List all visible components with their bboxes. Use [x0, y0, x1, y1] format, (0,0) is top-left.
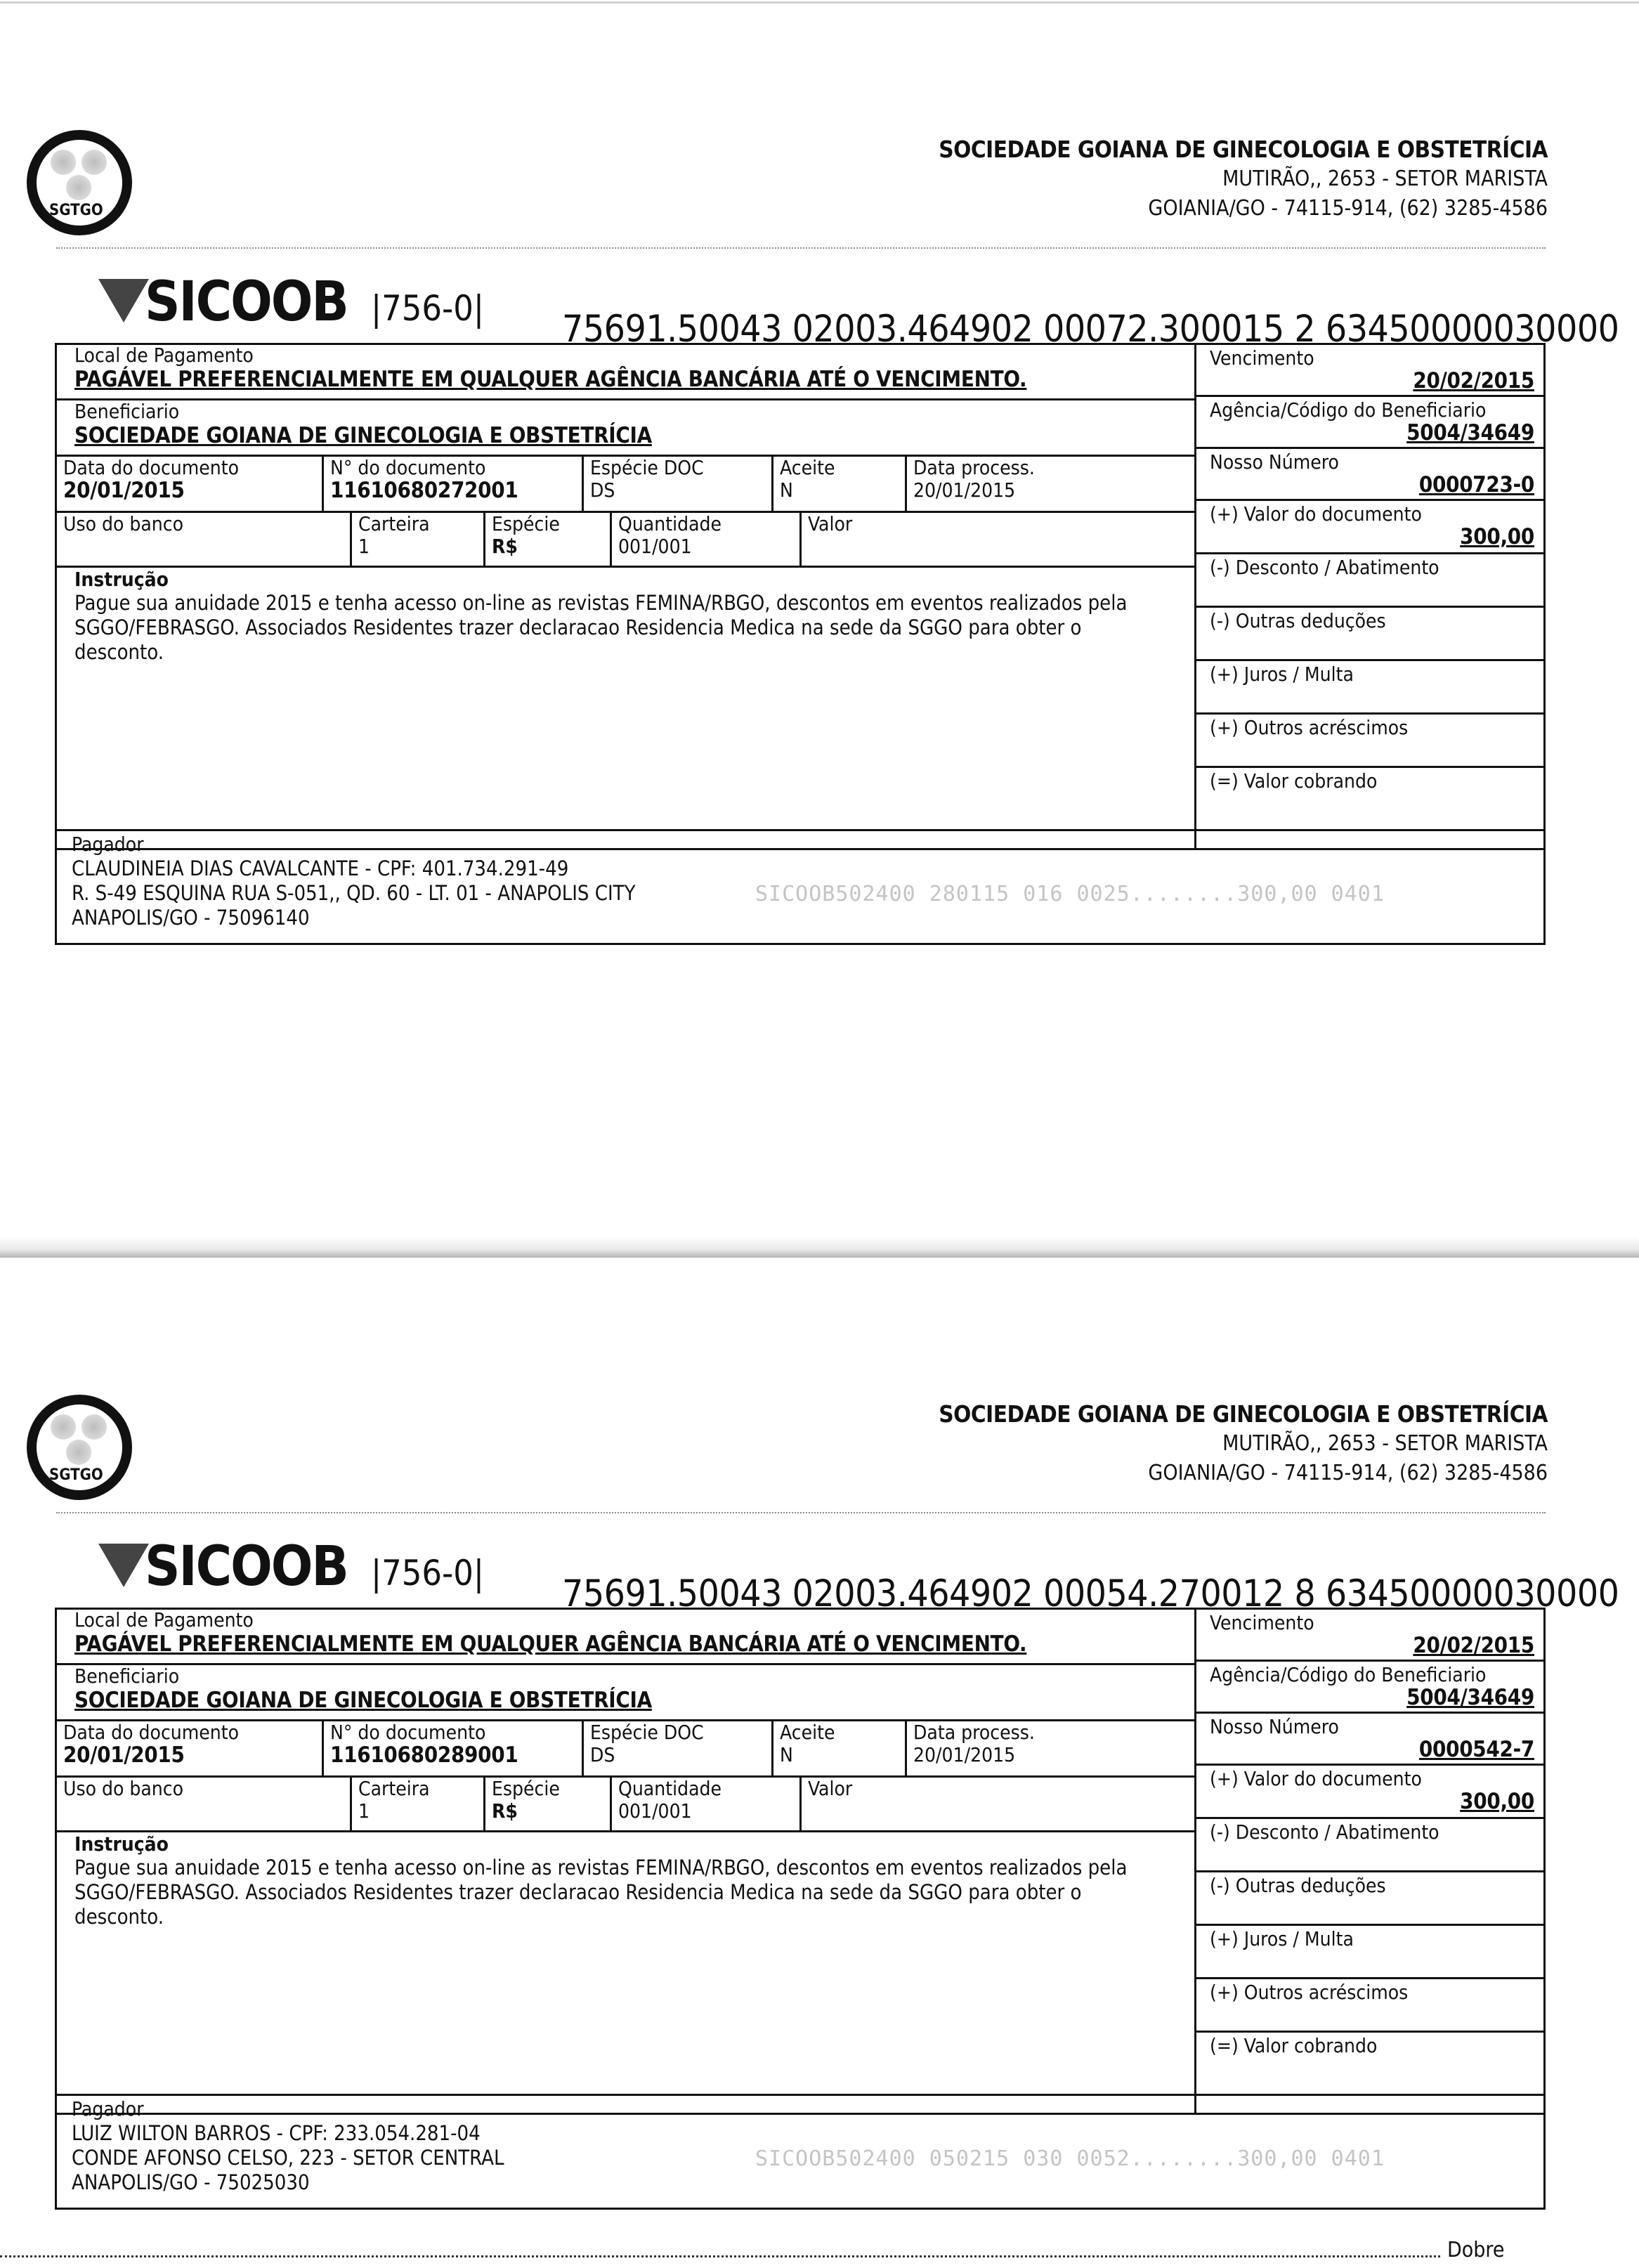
right-field-value: [1210, 2057, 1534, 2080]
pagador: Pagador LUIZ WILTON BARROS - CPF: 233.05…: [72, 2097, 844, 2195]
bank-code: |756-0|: [371, 1553, 484, 1594]
right-field-value: 0000542-7: [1210, 1738, 1534, 1761]
right-field: (+) Valor do documento 300,00: [1210, 503, 1534, 548]
pagador-name: CLAUDINEIA DIAS CAVALCANTE - CPF: 401.73…: [72, 856, 844, 881]
bank-field: Carteira 1: [358, 513, 481, 558]
header-separator: [56, 247, 1546, 249]
bank-code: |756-0|: [371, 288, 484, 329]
sicoob-triangle-icon: [98, 1544, 149, 1587]
beneficiario: Beneficiario SOCIEDADE GOIANA DE GINECOL…: [74, 400, 1184, 448]
bank-field: Valor: [808, 513, 1191, 535]
fold-dotted-line: [0, 2255, 1440, 2257]
beneficiario-label: Beneficiario: [74, 1665, 1184, 1688]
doc-field: Data process. 20/01/2015: [913, 457, 1191, 502]
page-fold-shadow: [0, 1237, 1639, 1258]
bank-field-value: 1: [358, 535, 481, 558]
bank-field-value: R$: [492, 535, 607, 558]
instrucao-label: Instrução: [74, 1832, 1170, 1856]
pagador-city: ANAPOLIS/GO - 75096140: [72, 906, 844, 930]
right-field-label: Agência/Código do Beneficiario: [1210, 1664, 1534, 1686]
right-field-label: (-) Outras deduções: [1210, 1875, 1534, 1897]
right-field-value: [1210, 1950, 1534, 1973]
doc-field-value: 20/01/2015: [913, 1744, 1191, 1766]
beneficiario-value: SOCIEDADE GOIANA DE GINECOLOGIA E OBSTET…: [74, 423, 1184, 448]
doc-field-label: Espécie DOC: [590, 457, 769, 479]
right-field: (-) Desconto / Abatimento: [1210, 556, 1534, 601]
right-field: (-) Outras deduções: [1210, 1875, 1534, 1920]
bank-field-value: 001/001: [618, 535, 797, 558]
doc-field-label: Data do documento: [63, 1721, 319, 1744]
sicoob-triangle-icon: [98, 279, 149, 322]
pagador-label: Pagador: [72, 832, 844, 856]
pagador-address: R. S-49 ESQUINA RUA S-051,, QD. 60 - LT.…: [72, 881, 844, 906]
instrucao-text: Pague sua anuidade 2015 e tenha acesso o…: [74, 1856, 1170, 1929]
instrucao-text: Pague sua anuidade 2015 e tenha acesso o…: [74, 591, 1170, 665]
org-address: MUTIRÃO,, 2653 - SETOR MARISTA: [939, 1429, 1548, 1459]
right-column-divider: [1194, 343, 1196, 850]
bank-field: Carteira 1: [358, 1778, 481, 1823]
organization-header: SOCIEDADE GOIANA DE GINECOLOGIA E OBSTET…: [939, 1400, 1548, 1488]
bank-field-label: Carteira: [358, 1778, 481, 1800]
header-separator: [56, 1512, 1546, 1513]
right-field-value: [1210, 793, 1534, 815]
bank-field-value: R$: [492, 1800, 607, 1823]
doc-field-value: N: [780, 1744, 902, 1766]
right-field-label: (+) Outros acréscimos: [1210, 717, 1534, 739]
org-city: GOIANIA/GO - 74115-914, (62) 3285-4586: [939, 1459, 1548, 1488]
right-field: (+) Valor do documento 300,00: [1210, 1768, 1534, 1813]
bank-field-label: Uso do banco: [63, 1778, 347, 1800]
doc-field-label: N° do documento: [330, 457, 579, 479]
right-field-value: 20/02/2015: [1210, 370, 1534, 392]
right-field-label: (+) Valor do documento: [1210, 503, 1534, 526]
local-pagamento-value: PAGÁVEL PREFERENCIALMENTE EM QUALQUER AG…: [74, 367, 1184, 392]
pagador-label: Pagador: [72, 2097, 844, 2121]
right-field: Vencimento 20/02/2015: [1210, 1612, 1534, 1657]
org-name: SOCIEDADE GOIANA DE GINECOLOGIA E OBSTET…: [939, 1400, 1548, 1429]
right-field-label: Vencimento: [1210, 1612, 1534, 1634]
bank-field: Uso do banco: [63, 513, 347, 535]
doc-field: N° do documento 11610680272001: [330, 457, 579, 502]
right-field: Agência/Código do Beneficiario 5004/3464…: [1210, 1664, 1534, 1709]
local-pagamento-label: Local de Pagamento: [74, 344, 1184, 367]
right-field-label: (+) Valor do documento: [1210, 1768, 1534, 1790]
right-field-value: 5004/34649: [1210, 1686, 1534, 1709]
right-field-label: Vencimento: [1210, 347, 1534, 370]
right-field-label: Nosso Número: [1210, 1716, 1534, 1738]
doc-field-label: N° do documento: [330, 1721, 579, 1744]
right-field-value: [1210, 1897, 1534, 1920]
bank-field-label: Valor: [808, 1778, 1191, 1800]
pagador-city: ANAPOLIS/GO - 75025030: [72, 2170, 844, 2195]
right-field: (+) Juros / Multa: [1210, 1928, 1534, 1973]
right-field: (+) Outros acréscimos: [1210, 717, 1534, 762]
right-field-value: [1210, 632, 1534, 655]
right-field-value: 300,00: [1210, 1790, 1534, 1813]
org-address: MUTIRÃO,, 2653 - SETOR MARISTA: [939, 164, 1548, 194]
bank-authentication-stamp: SICOOB502400 280115 016 0025........300,…: [755, 882, 1385, 906]
bank-field: Quantidade 001/001: [618, 1778, 797, 1823]
right-field-value: 0000723-0: [1210, 474, 1534, 496]
instrucao-label: Instrução: [74, 568, 1170, 591]
logo-text: SGTGO: [49, 202, 103, 219]
pagador-address: CONDE AFONSO CELSO, 223 - SETOR CENTRAL: [72, 2146, 844, 2170]
pagador: Pagador CLAUDINEIA DIAS CAVALCANTE - CPF…: [72, 832, 844, 930]
right-field-value: 300,00: [1210, 526, 1534, 548]
doc-field-label: Data do documento: [63, 457, 319, 479]
bank-field: Quantidade 001/001: [618, 513, 797, 558]
right-field-label: (-) Desconto / Abatimento: [1210, 1821, 1534, 1844]
doc-field-label: Aceite: [780, 457, 902, 479]
right-field: Nosso Número 0000723-0: [1210, 451, 1534, 496]
org-city: GOIANIA/GO - 74115-914, (62) 3285-4586: [939, 194, 1548, 223]
doc-field: N° do documento 11610680289001: [330, 1721, 579, 1766]
local-pagamento-label: Local de Pagamento: [74, 1609, 1184, 1631]
doc-field-value: N: [780, 479, 902, 502]
doc-field-label: Aceite: [780, 1721, 902, 1744]
doc-field-value: 11610680289001: [330, 1744, 579, 1766]
bank-name: SICOOB: [145, 278, 348, 327]
right-field: (+) Outros acréscimos: [1210, 1981, 1534, 2026]
beneficiario: Beneficiario SOCIEDADE GOIANA DE GINECOL…: [74, 1665, 1184, 1713]
right-field-label: Nosso Número: [1210, 451, 1534, 474]
bank-field-label: Espécie: [492, 513, 607, 535]
local-pagamento-value: PAGÁVEL PREFERENCIALMENTE EM QUALQUER AG…: [74, 1631, 1184, 1657]
right-field-value: 5004/34649: [1210, 422, 1534, 444]
right-field-label: (+) Outros acréscimos: [1210, 1981, 1534, 2004]
instrucao: Instrução Pague sua anuidade 2015 e tenh…: [74, 1832, 1170, 1929]
local-pagamento: Local de Pagamento PAGÁVEL PREFERENCIALM…: [74, 344, 1184, 392]
right-field: Nosso Número 0000542-7: [1210, 1716, 1534, 1761]
doc-field-value: 20/01/2015: [63, 1744, 319, 1766]
pagador-name: LUIZ WILTON BARROS - CPF: 233.054.281-04: [72, 2121, 844, 2146]
sicoob-logo: SICOOB: [98, 278, 348, 327]
doc-field-value: 11610680272001: [330, 479, 579, 502]
sgtgo-logo-icon: SGTGO: [27, 130, 132, 235]
bank-field-value: 001/001: [618, 1800, 797, 1823]
right-field-value: [1210, 1844, 1534, 1866]
bank-authentication-stamp: SICOOB502400 050215 030 0052........300,…: [755, 2146, 1385, 2171]
right-field-value: [1210, 579, 1534, 601]
beneficiario-value: SOCIEDADE GOIANA DE GINECOLOGIA E OBSTET…: [74, 1688, 1184, 1713]
right-field: (=) Valor cobrando: [1210, 770, 1534, 815]
right-field-label: (=) Valor cobrando: [1210, 2035, 1534, 2057]
right-field-label: (+) Juros / Multa: [1210, 1928, 1534, 1950]
bank-field-label: Quantidade: [618, 1778, 797, 1800]
doc-field-label: Data process.: [913, 457, 1191, 479]
bank-field: Espécie R$: [492, 513, 607, 558]
boleto-slip: SGTGO SOCIEDADE GOIANA DE GINECOLOGIA E …: [0, 1265, 1639, 2268]
bank-name: SICOOB: [145, 1542, 348, 1591]
doc-field-label: Espécie DOC: [590, 1721, 769, 1744]
right-field-value: 20/02/2015: [1210, 1634, 1534, 1657]
organization-header: SOCIEDADE GOIANA DE GINECOLOGIA E OBSTET…: [939, 135, 1548, 223]
doc-field: Aceite N: [780, 457, 902, 502]
beneficiario-label: Beneficiario: [74, 400, 1184, 423]
right-column-divider: [1194, 1608, 1196, 2115]
bank-field: Espécie R$: [492, 1778, 607, 1823]
doc-field: Data process. 20/01/2015: [913, 1721, 1191, 1766]
right-field-label: Agência/Código do Beneficiario: [1210, 399, 1534, 422]
sgtgo-logo-icon: SGTGO: [27, 1395, 132, 1500]
right-field: Vencimento 20/02/2015: [1210, 347, 1534, 392]
instrucao: Instrução Pague sua anuidade 2015 e tenh…: [74, 568, 1170, 665]
bank-field-label: Espécie: [492, 1778, 607, 1800]
right-field-value: [1210, 686, 1534, 708]
right-field-label: (-) Desconto / Abatimento: [1210, 556, 1534, 579]
bank-field: Valor: [808, 1778, 1191, 1800]
doc-field-value: 20/01/2015: [63, 479, 319, 502]
fold-label: Dobre: [1447, 2238, 1504, 2262]
doc-field-value: 20/01/2015: [913, 479, 1191, 502]
doc-field-value: DS: [590, 479, 769, 502]
doc-field-value: DS: [590, 1744, 769, 1766]
right-field-label: (-) Outras deduções: [1210, 610, 1534, 632]
doc-field: Data do documento 20/01/2015: [63, 1721, 319, 1766]
logo-text: SGTGO: [49, 1466, 103, 1484]
bank-field-label: Valor: [808, 513, 1191, 535]
right-field-label: (+) Juros / Multa: [1210, 663, 1534, 686]
doc-field: Espécie DOC DS: [590, 1721, 769, 1766]
right-field: (=) Valor cobrando: [1210, 2035, 1534, 2080]
org-name: SOCIEDADE GOIANA DE GINECOLOGIA E OBSTET…: [939, 135, 1548, 164]
right-field: (-) Outras deduções: [1210, 610, 1534, 655]
right-field: (+) Juros / Multa: [1210, 663, 1534, 708]
right-field: Agência/Código do Beneficiario 5004/3464…: [1210, 399, 1534, 444]
boleto-slip: SGTGO SOCIEDADE GOIANA DE GINECOLOGIA E …: [0, 0, 1639, 998]
sicoob-logo: SICOOB: [98, 1542, 348, 1591]
doc-field: Aceite N: [780, 1721, 902, 1766]
bank-field-label: Carteira: [358, 513, 481, 535]
local-pagamento: Local de Pagamento PAGÁVEL PREFERENCIALM…: [74, 1609, 1184, 1657]
right-field-label: (=) Valor cobrando: [1210, 770, 1534, 793]
bank-field: Uso do banco: [63, 1778, 347, 1800]
right-field-value: [1210, 739, 1534, 762]
right-field: (-) Desconto / Abatimento: [1210, 1821, 1534, 1866]
doc-field: Data do documento 20/01/2015: [63, 457, 319, 502]
bank-field-value: 1: [358, 1800, 481, 1823]
bank-field-label: Uso do banco: [63, 513, 347, 535]
doc-field-label: Data process.: [913, 1721, 1191, 1744]
bank-field-label: Quantidade: [618, 513, 797, 535]
doc-field: Espécie DOC DS: [590, 457, 769, 502]
right-field-value: [1210, 2004, 1534, 2026]
